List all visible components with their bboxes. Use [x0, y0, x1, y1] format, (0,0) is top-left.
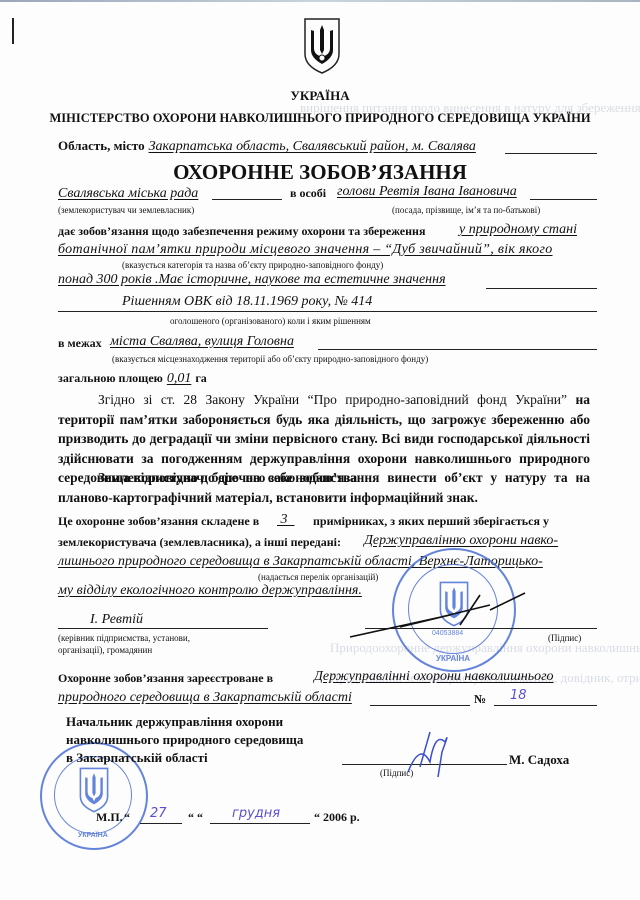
land-user-obligation-text: Землекористувач бере на себе зобов’язанн…	[58, 470, 590, 505]
date-open-quote: “	[124, 810, 130, 825]
bounds-value: міста Свалява, вулиця Головна	[110, 334, 294, 350]
date-year: “ 2006 р.	[314, 810, 360, 825]
signatory-role-hint-2: організації), громадянин	[58, 645, 152, 655]
month-underline	[210, 823, 310, 824]
registration-number-value: 18	[510, 688, 527, 703]
copies-lead: Це охоронне зобов’язання складене в	[58, 514, 259, 529]
signatory-name: І. Ревтій	[90, 612, 143, 628]
registration-authority-2: природного середовища в Закарпатській об…	[58, 690, 352, 706]
obligation-paragraph: Землекористувач бере на себе зобов’язанн…	[58, 468, 590, 507]
date-day: 27	[150, 806, 167, 821]
trident-icon	[78, 766, 110, 814]
head-signature-hint: (Підпис)	[380, 768, 413, 778]
area-value: 0,01	[167, 371, 192, 386]
stamp-country: УКРАЇНА	[78, 832, 108, 839]
obligation-lead-label: дає зобов’язання щодо забезпечення режим…	[58, 224, 425, 239]
signature-scribble	[340, 585, 540, 645]
signature-hint: (Підпис)	[548, 633, 581, 643]
person-underline	[530, 199, 597, 200]
copies-tail: примірниках, з яких перший зберігається …	[313, 514, 549, 529]
holder-underline	[212, 199, 282, 200]
object-hint: (вказується категорія та назва об’єкту п…	[122, 260, 383, 270]
signatory-name-underline	[58, 628, 268, 629]
area-row: загальною площею 0,01 га	[58, 369, 207, 387]
registration-authority-1: Держуправлінні охорони навколишнього	[314, 669, 554, 685]
law-reference: Згідно зі ст. 28 Закону України “Про при…	[98, 392, 567, 407]
area-label: загальною площею	[58, 371, 163, 385]
object-category-value: ботанічної пам’ятки природи місцевого зн…	[58, 242, 553, 258]
representative-value: голови Ревтія Івана Івановича	[337, 184, 517, 200]
head-title-2: навколишнього природного середовища	[66, 732, 303, 748]
person-hint: (посада, прізвище, ім’я та по-батькові)	[392, 205, 540, 215]
stamp-country: УКРАЇНА	[436, 654, 470, 663]
document-page: вирішення питання щодо винесення в натур…	[0, 0, 640, 900]
margin-mark	[12, 18, 14, 44]
date-month: грудня	[232, 806, 280, 821]
bounds-hint: (вказується місцезнаходження території а…	[112, 354, 428, 364]
obligation-lead-value: у природному стані	[459, 222, 577, 238]
holder-hint: (землекористувач чи землевласник)	[58, 205, 194, 215]
object-age-value: понад 300 років .Має історичне, наукове …	[58, 272, 446, 288]
copies-recipient-1: Держуправлінню охорони навко-	[364, 533, 558, 549]
in-person-label: в особі	[290, 186, 326, 201]
copies-recipients-label: землекористувача (землевласника), а інші…	[58, 535, 341, 550]
head-title-1: Начальник держуправління охорони	[66, 714, 283, 730]
country-heading: УКРАЇНА	[0, 88, 640, 104]
land-holder-value: Свалявська міська рада	[58, 186, 198, 201]
seal-label: М.П.	[96, 810, 123, 825]
registration-number-underline	[494, 705, 597, 706]
region-underline	[505, 153, 597, 154]
bounds-label: в межах	[58, 336, 102, 351]
ministry-heading: МІНІСТЕРСТВО ОХОРОНИ НАВКОЛИШНЬОГО ПРИРО…	[0, 111, 640, 126]
day-underline	[140, 823, 182, 824]
trident-coat-of-arms-icon	[302, 16, 342, 76]
document-title: ОХОРОННЕ ЗОБОВ’ЯЗАННЯ	[0, 160, 640, 185]
date-mid-quotes: “ “	[188, 810, 203, 825]
decision-underline	[58, 311, 597, 312]
bounds-underline	[318, 349, 597, 350]
registration-number-label: №	[474, 692, 486, 707]
area-unit: га	[195, 371, 206, 385]
scan-edge	[0, 0, 640, 2]
copies-count: 3	[277, 512, 295, 528]
registration-lead: Охоронне зобов’язання зареєстроване в	[58, 671, 273, 686]
signatory-role-hint-1: (керівник підприємства, установи,	[58, 633, 190, 643]
party-row: Свалявська міська рада	[58, 184, 198, 202]
region-value: Закарпатська область, Свалявський район,…	[149, 139, 476, 154]
age-underline	[486, 288, 597, 289]
decision-hint: оголошеного (організованого) коли і яким…	[170, 316, 371, 326]
decision-value: Рішенням ОВК від 18.11.1969 року, № 414	[122, 294, 372, 310]
copies-recipient-3: му відділу екологічного контролю держупр…	[58, 583, 362, 599]
region-label: Область, місто	[58, 138, 145, 153]
region-row: Область, місто Закарпатська область, Сва…	[58, 137, 476, 155]
registration-underline	[370, 705, 470, 706]
orgs-hint: (надається перелік організацій)	[258, 572, 378, 582]
head-name: М. Садоха	[509, 752, 569, 768]
head-title-3: в Закарпатській області	[66, 750, 208, 766]
